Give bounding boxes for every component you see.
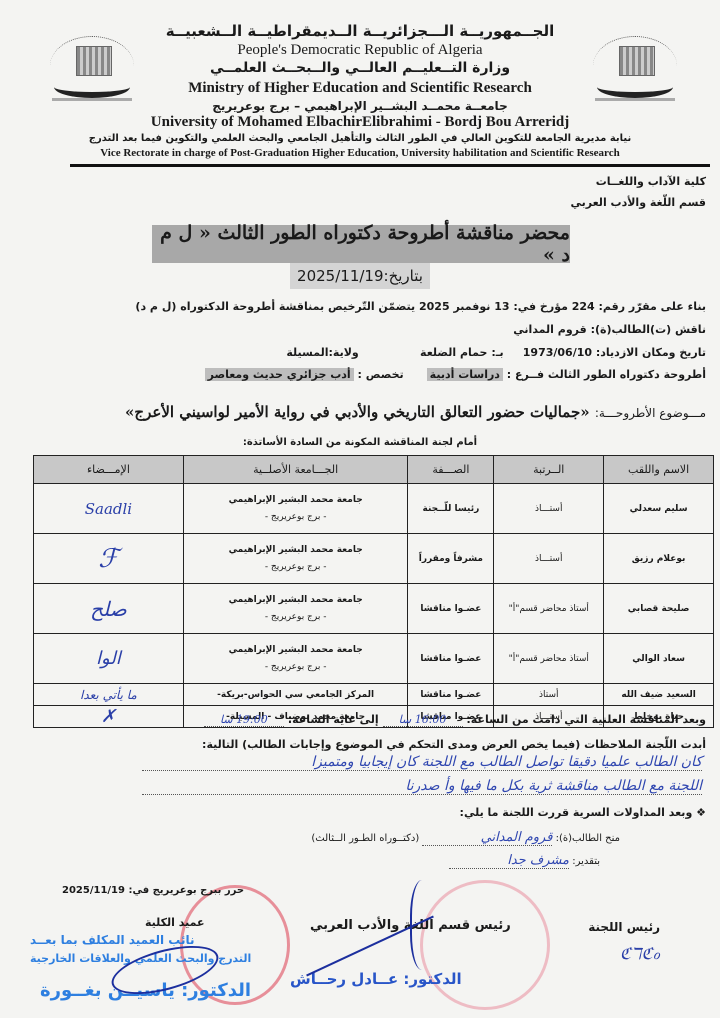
- award-degree: (دكتــوراه الطـور الــثالث): [311, 833, 419, 844]
- member-signature: ما يأتي بعدا: [34, 684, 184, 706]
- member-role: عضـوا مناقشا: [408, 634, 494, 684]
- student-name: قروم المداني: [513, 323, 586, 336]
- table-row: صليحة قصابي أستاذ محاضر قسم"أ" عضـوا منا…: [34, 584, 714, 634]
- topic-label: مـــوضوع الأطروحـــة:: [595, 406, 706, 420]
- university-en: University of Mohamed ElbachirElibrahimi…: [0, 114, 720, 131]
- member-name: بوعلام رزيق: [604, 534, 714, 584]
- document-date: بتاريخ: 2025/11/19: [290, 263, 430, 289]
- table-row: سليم سعدلي أستـــاذ رئيسا للّــجنة جامعة…: [34, 484, 714, 534]
- member-role: مشرفاً ومقرراً: [408, 534, 494, 584]
- birth-date: 1973/06/10: [523, 346, 592, 359]
- speciality-label: تخصص :: [358, 368, 404, 381]
- award-label: منح الطالب(ة):: [556, 833, 620, 844]
- thesis-topic-line: مـــوضوع الأطروحـــة: «جماليات حضور التع…: [125, 403, 706, 421]
- member-signature: ℱ: [34, 534, 184, 584]
- session-to-time: 19:00 سا: [204, 713, 284, 727]
- table-row: بوعلام رزيق أستـــاذ مشرفاً ومقرراً جامع…: [34, 534, 714, 584]
- birth-line: تاريخ ومكان الازدياد: 1973/06/10 بـ: حما…: [286, 346, 706, 359]
- header-university: الجـــامعة الأصلــية: [183, 456, 408, 484]
- department-head-name: الدكتور: عــادل رحــاش: [290, 970, 462, 988]
- observation-line-2: اللجنة مع الطالب مناقشة ثرية بكل ما فيها…: [142, 778, 702, 795]
- deliberation-line: ❖ وبعد المداولات السرية قررت اللجنة ما ي…: [460, 806, 706, 819]
- header-divider: [70, 164, 710, 167]
- observation-line-1: كان الطالب علميا دقيقا تواصل الطالب مع ا…: [142, 754, 702, 771]
- session-time-line: وبعد المناقشة العلنية التي دامت من الساع…: [204, 713, 706, 727]
- president-signature-label: رئيس اللجنة: [588, 920, 660, 934]
- ministry-ar: وزارة التــعليــم العالــي والــبحــث ال…: [0, 60, 720, 76]
- session-from-time: 16:00 سا: [383, 713, 463, 727]
- student-line: ناقش (ت)الطالب(ة): قروم المداني: [513, 323, 706, 336]
- header-name: الاسم واللقب: [604, 456, 714, 484]
- member-university: المركز الجامعي سي الحواس-بريكة-: [183, 684, 408, 706]
- decision-line: بناء على مقرّر رقم: 224 مؤرخ في: 13 نوفم…: [135, 300, 706, 313]
- member-university: جامعة محمد البشير الإبراهيمي- برج بوعرير…: [183, 584, 408, 634]
- session-to-label: إلى غاية الساعة:: [288, 713, 379, 726]
- member-name: السعيد ضيف الله: [604, 684, 714, 706]
- member-name: صليحة قصابي: [604, 584, 714, 634]
- place-and-date: حرر ببرج بوعريريج في: 2025/11/19: [62, 885, 244, 896]
- table-row: السعيد ضيف الله أستاذ عضـوا مناقشا المرك…: [34, 684, 714, 706]
- jury-table: الاسم واللقب الــرتبة الصـــفة الجـــامع…: [33, 455, 714, 728]
- member-rank: أستـــاذ: [494, 534, 604, 584]
- member-role: رئيسا للّــجنة: [408, 484, 494, 534]
- award-name: قروم المداني: [422, 830, 552, 846]
- table-row: سعاد الوالي أستاذ محاضر قسم"أ" عضـوا منا…: [34, 634, 714, 684]
- member-role: عضـوا مناقشا: [408, 584, 494, 634]
- member-signature: Saadli: [34, 484, 184, 534]
- grade-label: بتقدير:: [572, 856, 600, 867]
- student-label: ناقش (ت)الطالب(ة):: [591, 323, 706, 336]
- thesis-label: أطروحة دكتوراه الطور الثالث فــرع :: [507, 368, 706, 381]
- vice-dean-title-1: نائب العميد المكلف بما بعــد: [30, 933, 195, 947]
- grade-line: بتقدير: مشرف جدا: [449, 853, 600, 869]
- member-university: جامعة محمد البشير الإبراهيمي- برج بوعرير…: [183, 484, 408, 534]
- president-signature: ℭℸℭℴ: [620, 944, 660, 963]
- faculty-name: كلية الآداب واللغــات: [596, 175, 706, 188]
- award-line: منح الطالب(ة): قروم المداني (دكتــوراه ا…: [311, 830, 620, 846]
- member-signature: ✗: [34, 706, 184, 728]
- dean-title: عميد الكلية: [145, 916, 205, 929]
- vice-rectorate-ar: نيابة مديرية الجامعة للتكوين العالي في ا…: [0, 133, 720, 144]
- vice-rectorate-en: Vice Rectorate in charge of Post-Graduat…: [0, 147, 720, 159]
- header-signature: الإمـــضاء: [34, 456, 184, 484]
- member-role: عضـوا مناقشا: [408, 684, 494, 706]
- header-rank: الــرتبة: [494, 456, 604, 484]
- republic-ar: الجــمهوريــة الـــجزائريــة الــديمقراط…: [0, 22, 720, 40]
- birth-place-label: بـ:: [491, 346, 503, 359]
- date-label: بتاريخ:: [384, 267, 423, 285]
- province-label: ولاية:: [329, 346, 359, 359]
- observations-label: أبدت اللّجنة الملاحظات (فيما يخص العرض و…: [202, 738, 706, 751]
- deliberation-label: وبعد المداولات السرية قررت اللجنة ما يلي…: [460, 806, 693, 819]
- member-name: سعاد الوالي: [604, 634, 714, 684]
- header-role: الصـــفة: [408, 456, 494, 484]
- grade-value: مشرف جدا: [449, 853, 569, 869]
- session-from-label: وبعد المناقشة العلنية التي دامت من الساع…: [466, 713, 706, 726]
- province: المسيلة: [286, 346, 328, 359]
- member-university: جامعة محمد البشير الإبراهيمي- برج بوعرير…: [183, 634, 408, 684]
- birth-label: تاريخ ومكان الازدياد:: [596, 346, 706, 359]
- member-university: جامعة محمد البشير الإبراهيمي- برج بوعرير…: [183, 534, 408, 584]
- document-title: محضر مناقشة أطروحة دكتوراه الطور الثالث …: [152, 225, 570, 263]
- member-signature: ﺻﻠﺢ: [34, 584, 184, 634]
- member-rank: أستـــاذ: [494, 484, 604, 534]
- thesis-topic: «جماليات حضور التعالق التاريخي والأدبي ف…: [125, 403, 590, 421]
- member-name: سليم سعدلي: [604, 484, 714, 534]
- bullet-icon: ❖: [696, 806, 706, 819]
- member-rank: أستاذ: [494, 684, 604, 706]
- republic-en: People's Democratic Republic of Algeria: [0, 42, 720, 59]
- member-rank: أستاذ محاضر قسم"أ": [494, 584, 604, 634]
- thesis-line: أطروحة دكتوراه الطور الثالث فــرع : دراس…: [205, 368, 706, 381]
- date-value: 2025/11/19: [297, 267, 383, 285]
- member-rank: أستاذ محاضر قسم"أ": [494, 634, 604, 684]
- branch: دراسات أدبية: [427, 368, 503, 381]
- department-head-signature-stroke: [410, 880, 440, 970]
- committee-intro: أمام لجنة المناقشة المكونة من السادة الأ…: [0, 437, 720, 448]
- speciality: أدب جزائري حديث ومعاصر: [205, 368, 354, 381]
- birth-place: حمام الضلعة: [420, 346, 487, 359]
- university-ar: جامعــة محمــد البشــير الإبراهيمي – برج…: [0, 99, 720, 113]
- department-name: قسم اللّغة والأدب العربي: [571, 196, 707, 209]
- ministry-en: Ministry of Higher Education and Scienti…: [0, 80, 720, 97]
- table-header-row: الاسم واللقب الــرتبة الصـــفة الجـــامع…: [34, 456, 714, 484]
- member-signature: الوا: [34, 634, 184, 684]
